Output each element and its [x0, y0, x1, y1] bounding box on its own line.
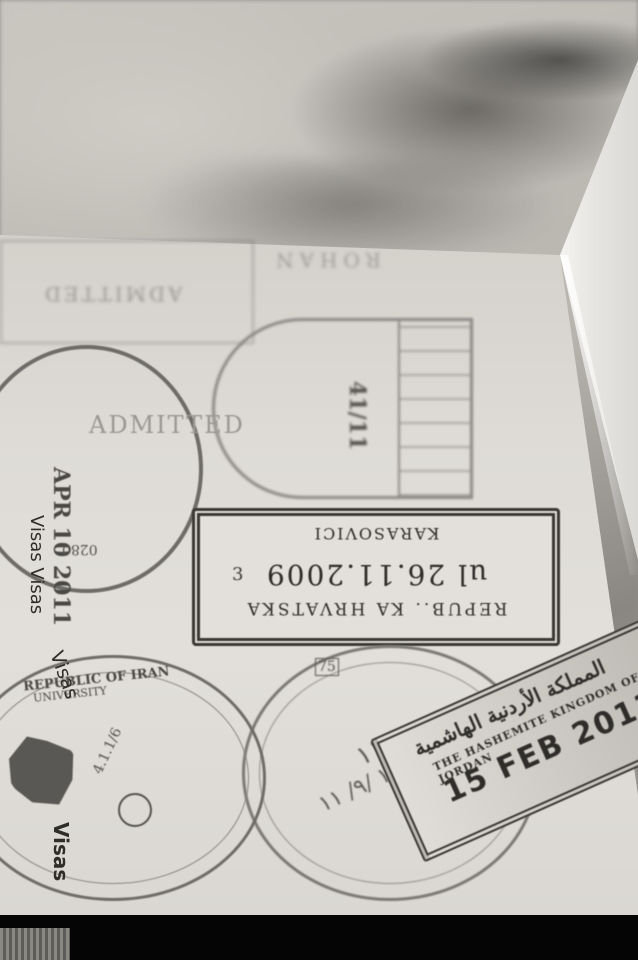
visas-label-top: Visas Visas: [26, 515, 47, 614]
stamp-grid: [398, 321, 470, 496]
croatia-stamp: REPUB.. KA HRVATSKA ul 26.11.2009 KARASO…: [192, 508, 560, 646]
faded-stamp-text: ADMITTED: [42, 282, 183, 306]
visas-label-bottom: Visas: [49, 822, 73, 881]
faded-stamp-text-right: ROHAN: [270, 248, 381, 272]
iran-emblem-icon: [118, 793, 152, 827]
croatia-stamp-date: ul 26.11.2009: [200, 558, 552, 591]
faded-rect-stamp: ADMITTED: [0, 240, 254, 344]
semicircle-stamp-number: 41/11: [344, 381, 370, 450]
semicircle-stamp: 41/11: [212, 318, 473, 499]
fabric-texture: [0, 928, 70, 960]
croatia-stamp-country: REPUB.. KA HRVATSKA: [200, 598, 552, 618]
croatia-stamp-place: KARASOVICI: [200, 524, 552, 543]
dark-foreground-band: [0, 915, 638, 960]
croatia-stamp-number: 3: [232, 564, 243, 585]
iran-stamp-number: 75: [315, 658, 339, 676]
us-stamp-code: 0280: [62, 541, 98, 557]
us-stamp-admitted: ADMITTED: [89, 411, 245, 439]
